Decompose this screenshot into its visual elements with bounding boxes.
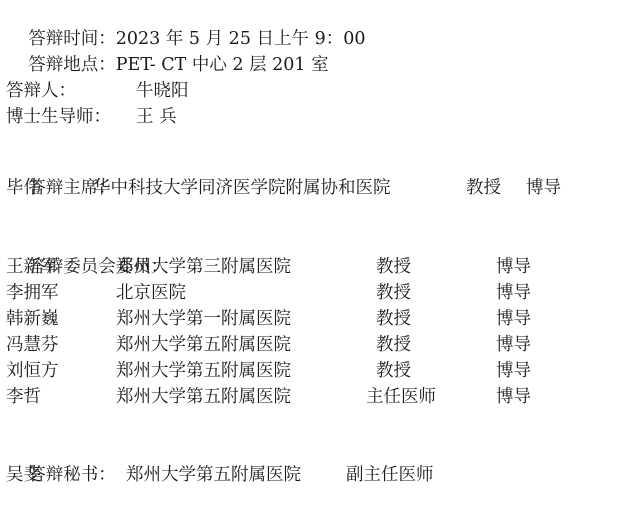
- chair-row: 毕伟 华中科技大学同济医学院附属协和医院 教授 博导: [6, 175, 616, 201]
- committee-row: 李拥军 北京医院 教授 博导: [6, 280, 616, 306]
- defense-place-label: 答辩地点：: [28, 55, 116, 75]
- secretary-section-heading: 答辩秘书：: [6, 436, 116, 462]
- committee-row: 刘恒方 郑州大学第五附属医院 教授 博导: [6, 358, 616, 384]
- chair-role: 博导: [526, 175, 561, 201]
- member-title: 教授: [376, 306, 411, 332]
- member-role: 博导: [496, 332, 531, 358]
- member-institution: 郑州大学第五附属医院: [116, 384, 291, 410]
- secretary-row: 吴斐 郑州大学第五附属医院 副主任医师: [6, 462, 616, 488]
- committee-section-heading: 答辩委员会委员：: [6, 228, 168, 254]
- member-institution: 北京医院: [116, 280, 186, 306]
- candidate-line: 答辩人： 牛晓阳: [6, 78, 606, 104]
- chair-section-heading: 答辩主席：: [6, 149, 116, 175]
- member-name: 李哲: [6, 384, 41, 410]
- defense-place-value: PET- CT 中心 2 层 201 室: [116, 55, 329, 75]
- member-title: 教授: [376, 254, 411, 280]
- member-name: 冯慧芬: [6, 332, 59, 358]
- advisor-line: 博士生导师： 王 兵: [6, 104, 606, 130]
- advisor-name: 王 兵: [136, 104, 177, 130]
- member-name: 李拥军: [6, 280, 59, 306]
- secretary-title: 副主任医师: [346, 462, 434, 488]
- defense-place-line: 答辩地点：PET- CT 中心 2 层 201 室: [6, 26, 329, 52]
- member-institution: 郑州大学第五附属医院: [116, 358, 291, 384]
- committee-row: 韩新巍 郑州大学第一附属医院 教授 博导: [6, 306, 616, 332]
- chair-title: 教授: [466, 175, 501, 201]
- member-role: 博导: [496, 280, 531, 306]
- defense-time-line: 答辩时间：2023 年 5 月 25 日上午 9：00: [6, 0, 365, 26]
- chair-name: 毕伟: [6, 175, 41, 201]
- member-name: 韩新巍: [6, 306, 59, 332]
- committee-row: 李哲 郑州大学第五附属医院 主任医师 博导: [6, 384, 616, 410]
- committee-row: 王新军 郑州大学第三附属医院 教授 博导: [6, 254, 616, 280]
- member-title: 教授: [376, 280, 411, 306]
- advisor-label: 博士生导师：: [6, 104, 111, 130]
- member-title: 教授: [376, 358, 411, 384]
- member-title: 主任医师: [366, 384, 436, 410]
- member-name: 刘恒方: [6, 358, 59, 384]
- member-institution: 郑州大学第五附属医院: [116, 332, 291, 358]
- secretary-institution: 郑州大学第五附属医院: [126, 462, 301, 488]
- member-title: 教授: [376, 332, 411, 358]
- member-role: 博导: [496, 384, 531, 410]
- member-name: 王新军: [6, 254, 59, 280]
- candidate-name: 牛晓阳: [136, 78, 189, 104]
- member-role: 博导: [496, 254, 531, 280]
- member-role: 博导: [496, 358, 531, 384]
- member-institution: 郑州大学第一附属医院: [116, 306, 291, 332]
- candidate-label: 答辩人：: [6, 78, 76, 104]
- chair-institution: 华中科技大学同济医学院附属协和医院: [93, 175, 391, 201]
- committee-row: 冯慧芬 郑州大学第五附属医院 教授 博导: [6, 332, 616, 358]
- secretary-name: 吴斐: [6, 462, 41, 488]
- member-institution: 郑州大学第三附属医院: [116, 254, 291, 280]
- member-role: 博导: [496, 306, 531, 332]
